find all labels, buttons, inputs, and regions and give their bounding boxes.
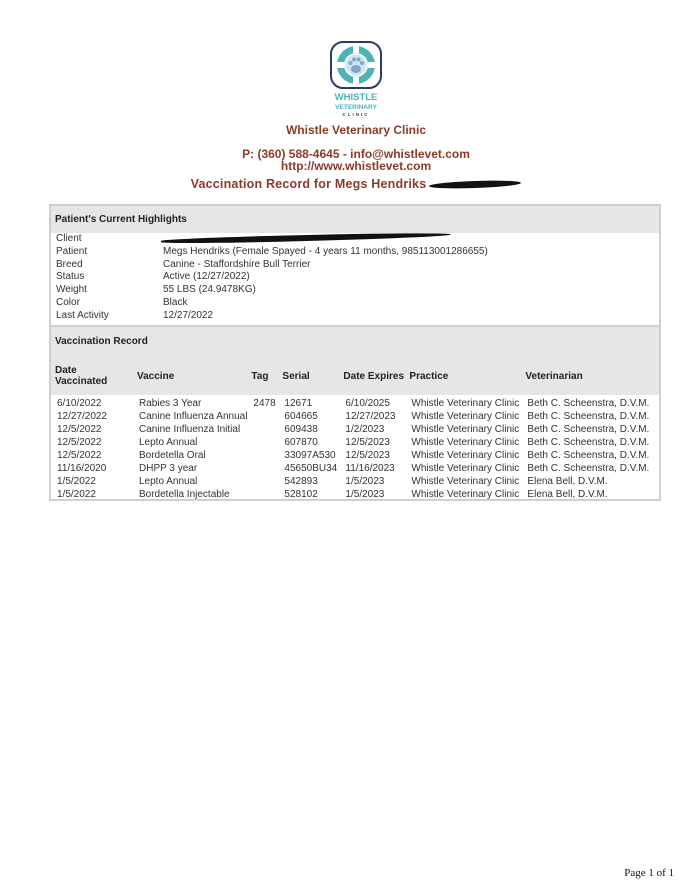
cell-expires: 12/27/2023 (339, 410, 405, 423)
vaccination-row: 11/16/2020DHPP 3 year45650BU3411/16/2023… (51, 462, 659, 475)
cell-practice: Whistle Veterinary Clinic (405, 475, 521, 488)
cell-vaccine: Lepto Annual (133, 436, 247, 449)
cell-date: 1/5/2022 (51, 475, 133, 488)
cell-vet: Beth C. Scheenstra, D.V.M. (521, 436, 659, 449)
redaction-mark (429, 180, 521, 190)
cell-vet: Elena Bell, D.V.M. (521, 475, 659, 488)
cell-vaccine: Bordetella Injectable (133, 488, 247, 501)
page-number: Page 1 of 1 (624, 867, 674, 879)
vaccination-row: 1/5/2022Bordetella Injectable5281021/5/2… (51, 488, 659, 501)
cell-practice: Whistle Veterinary Clinic (405, 488, 521, 501)
cell-vet: Beth C. Scheenstra, D.V.M. (521, 449, 659, 462)
highlight-value: Megs Hendriks (Female Spayed - 4 years 1… (163, 246, 488, 259)
highlight-row-color: ColorBlack (56, 297, 488, 310)
svg-text:VETERINARY: VETERINARY (335, 104, 377, 111)
cell-vaccine: Bordetella Oral (133, 449, 247, 462)
cell-date: 12/27/2022 (51, 410, 133, 423)
col-date-vaccinated: DateVaccinated (51, 357, 133, 395)
col-date-expires: Date Expires (339, 357, 405, 395)
col-serial: Serial (278, 357, 339, 395)
cell-tag (247, 488, 278, 501)
cell-tag (247, 462, 278, 475)
patient-highlights-panel: Patient's Current Highlights Client Pati… (49, 204, 661, 327)
cell-date: 12/5/2022 (51, 423, 133, 436)
highlight-row-patient: PatientMegs Hendriks (Female Spayed - 4 … (56, 246, 488, 259)
vaccination-table: DateVaccinated Vaccine Tag Serial Date E… (51, 357, 659, 501)
cell-vet: Beth C. Scheenstra, D.V.M. (521, 423, 659, 436)
cell-tag (247, 410, 278, 423)
vaccination-row: 12/5/2022Lepto Annual60787012/5/2023Whis… (51, 436, 659, 449)
vaccination-row: 12/5/2022Bordetella Oral33097A53012/5/20… (51, 449, 659, 462)
cell-expires: 6/10/2025 (339, 395, 405, 410)
cell-serial: 45650BU34 (278, 462, 339, 475)
cell-expires: 1/5/2023 (339, 488, 405, 501)
col-vaccine: Vaccine (133, 357, 247, 395)
highlight-value: Active (12/27/2022) (163, 271, 488, 284)
cell-practice: Whistle Veterinary Clinic (405, 449, 521, 462)
cell-expires: 11/16/2023 (339, 462, 405, 475)
cell-vaccine: DHPP 3 year (133, 462, 247, 475)
cell-tag (247, 423, 278, 436)
vaccination-row: 6/10/2022Rabies 3 Year2478126716/10/2025… (51, 395, 659, 410)
highlight-label: Breed (56, 259, 163, 272)
redaction-mark (161, 231, 451, 245)
cell-vet: Elena Bell, D.V.M. (521, 488, 659, 501)
clinic-contact: P: (360) 588-4645 - info@whistlevet.com … (0, 148, 688, 172)
highlights-table: Client PatientMegs Hendriks (Female Spay… (56, 233, 488, 323)
cell-serial: 33097A530 (278, 449, 339, 462)
cell-practice: Whistle Veterinary Clinic (405, 436, 521, 449)
svg-text:CLINIC: CLINIC (343, 112, 370, 117)
cell-vaccine: Rabies 3 Year (133, 395, 247, 410)
cell-date: 12/5/2022 (51, 436, 133, 449)
cell-serial: 607870 (278, 436, 339, 449)
cell-tag (247, 475, 278, 488)
cell-tag (247, 449, 278, 462)
highlight-label: Weight (56, 284, 163, 297)
cell-date: 11/16/2020 (51, 462, 133, 475)
vaccination-row: 1/5/2022Lepto Annual5428931/5/2023Whistl… (51, 475, 659, 488)
svg-text:WHISTLE: WHISTLE (335, 92, 378, 103)
highlight-label: Patient (56, 246, 163, 259)
highlight-row-breed: BreedCanine - Staffordshire Bull Terrier (56, 259, 488, 272)
cell-date: 6/10/2022 (51, 395, 133, 410)
cell-vet: Beth C. Scheenstra, D.V.M. (521, 410, 659, 423)
clinic-logo: WHISTLE VETERINARY CLINIC (327, 40, 385, 120)
cell-serial: 609438 (278, 423, 339, 436)
highlight-row-last-activity: Last Activity12/27/2022 (56, 310, 488, 323)
highlight-value: 12/27/2022 (163, 310, 488, 323)
col-practice: Practice (405, 357, 521, 395)
col-veterinarian: Veterinarian (521, 357, 659, 395)
vaccination-title: Vaccination Record (51, 327, 659, 357)
highlight-label: Last Activity (56, 310, 163, 323)
record-title-text: Vaccination Record for Megs Hendriks (191, 177, 427, 191)
cell-practice: Whistle Veterinary Clinic (405, 462, 521, 475)
vaccination-row: 12/5/2022Canine Influenza Initial6094381… (51, 423, 659, 436)
cell-vet: Beth C. Scheenstra, D.V.M. (521, 462, 659, 475)
highlight-row-weight: Weight55 LBS (24.9478KG) (56, 284, 488, 297)
cell-date: 1/5/2022 (51, 488, 133, 501)
cell-serial: 528102 (278, 488, 339, 501)
highlight-row-status: StatusActive (12/27/2022) (56, 271, 488, 284)
cell-expires: 1/2/2023 (339, 423, 405, 436)
highlight-row-client: Client (56, 233, 488, 246)
vaccination-header-row: DateVaccinated Vaccine Tag Serial Date E… (51, 357, 659, 395)
record-title: Vaccination Record for Megs Hendriks (0, 177, 688, 191)
col-tag: Tag (247, 357, 278, 395)
highlight-value: Black (163, 297, 488, 310)
paw-lifebuoy-icon: WHISTLE VETERINARY CLINIC (327, 40, 385, 120)
cell-vet: Beth C. Scheenstra, D.V.M. (521, 395, 659, 410)
cell-tag (247, 436, 278, 449)
cell-vaccine: Canine Influenza Annual (133, 410, 247, 423)
cell-date: 12/5/2022 (51, 449, 133, 462)
highlight-label: Color (56, 297, 163, 310)
cell-vaccine: Lepto Annual (133, 475, 247, 488)
cell-serial: 542893 (278, 475, 339, 488)
website-link[interactable]: http://www.whistlevet.com (0, 160, 688, 172)
cell-practice: Whistle Veterinary Clinic (405, 395, 521, 410)
highlight-label: Status (56, 271, 163, 284)
cell-vaccine: Canine Influenza Initial (133, 423, 247, 436)
cell-expires: 12/5/2023 (339, 436, 405, 449)
cell-practice: Whistle Veterinary Clinic (405, 423, 521, 436)
cell-practice: Whistle Veterinary Clinic (405, 410, 521, 423)
vaccination-record-panel: Vaccination Record DateVaccinated Vaccin… (49, 325, 661, 501)
cell-tag: 2478 (247, 395, 278, 410)
highlights-title: Patient's Current Highlights (51, 206, 659, 233)
clinic-name: Whistle Veterinary Clinic (0, 123, 688, 137)
cell-expires: 1/5/2023 (339, 475, 405, 488)
cell-expires: 12/5/2023 (339, 449, 405, 462)
highlight-label: Client (56, 233, 163, 246)
highlight-value: 55 LBS (24.9478KG) (163, 284, 488, 297)
cell-serial: 604665 (278, 410, 339, 423)
vaccination-row: 12/27/2022Canine Influenza Annual6046651… (51, 410, 659, 423)
highlight-value: Canine - Staffordshire Bull Terrier (163, 259, 488, 272)
cell-serial: 12671 (278, 395, 339, 410)
highlight-value (163, 233, 488, 246)
